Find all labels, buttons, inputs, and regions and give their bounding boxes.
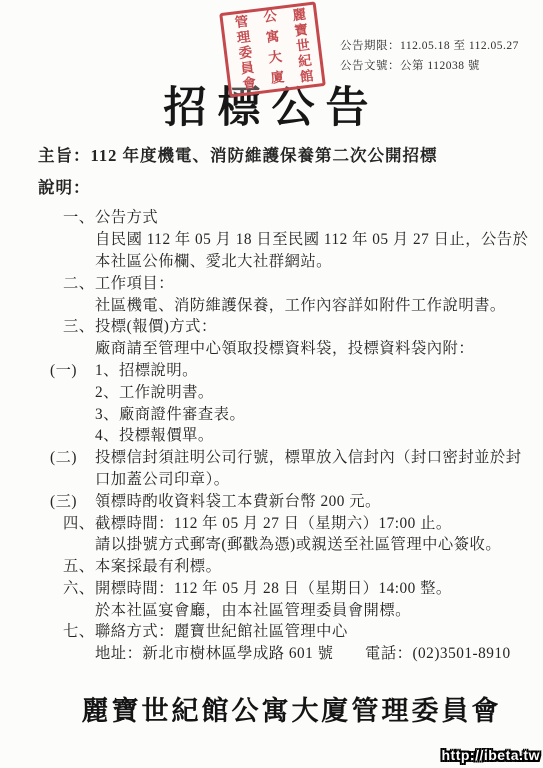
item-text: 廠商請至管理中心領取投標資料袋，投標資料袋內附： [95,336,474,358]
item-text: 社區機電、消防維護保養，工作內容詳如附件工作說明書。 [95,293,506,315]
item-text: 聯絡方式：麗寶世紀館社區管理中心 [95,619,348,641]
list-item: 自民國 112 年 05 月 18 日至民國 112 年 05 月 27 日止，… [0,227,543,249]
list-item: 本社區公佈欄、愛北大社群網站。 [0,249,543,271]
item-number: (二) [50,445,95,467]
item-text: 本社區公佈欄、愛北大社群網站。 [95,249,332,271]
stamp-column-2: 公寓大廈 [261,8,284,91]
item-text: 於本社區宴會廳，由本社區管理委員會開標。 [95,598,411,620]
item-text: 工作項目： [95,271,174,293]
item-text: 公告方式 [95,205,158,227]
list-item: 廠商請至管理中心領取投標資料袋，投標資料袋內附： [0,336,543,358]
list-item: 社區機電、消防維護保養，工作內容詳如附件工作說明書。 [0,293,543,315]
list-item: 3、廠商證件審查表。 [0,402,543,424]
item-text: 投標(報價)方式： [95,314,217,336]
item-number: 一、 [63,205,95,227]
header-meta: 公告期限：112.05.18 至 112.05.27 公告文號：公第 11203… [340,36,519,76]
item-text: 開標時間：112 年 05 月 28 日（星期日）14:00 整。 [95,576,452,598]
item-text: 地址：新北市樹林區學成路 601 號 電話：(02)3501-8910 [95,641,511,663]
list-item: 五、 本案採最有利標。 [0,554,543,576]
committee-seal-stamp: 麗寶世紀館 公寓大廈 管理委員會 [219,1,326,97]
item-number: 七、 [63,619,95,641]
list-item: 2、工作說明書。 [0,380,543,402]
description-label: 說明： [38,174,543,198]
list-item: 二、 工作項目： [0,271,543,293]
item-text: 領標時酌收資料袋工本費新台幣 200 元。 [95,489,381,511]
item-number: 三、 [63,314,95,336]
document-page: 麗寶世紀館 公寓大廈 管理委員會 公告期限：112.05.18 至 112.05… [0,0,543,768]
item-text: 4、投標報價單。 [95,423,214,445]
stamp-column-3: 管理委員會 [232,14,255,93]
item-number: 六、 [63,576,95,598]
list-item: 於本社區宴會廳，由本社區管理委員會開標。 [0,598,543,620]
list-item: 六、 開標時間：112 年 05 月 28 日（星期日）14:00 整。 [0,576,543,598]
announcement-doc-number: 公告文號：公第 112038 號 [340,56,519,76]
list-item: (二) 投標信封須註明公司行號，標單放入信封內（封口密封並於封 [0,445,543,467]
subject-line: 主旨：112 年度機電、消防維護保養第二次公開招標 [38,142,543,166]
list-item: 四、 截標時間：112 年 05 月 27 日（星期六）17:00 止。 [0,511,543,533]
item-text: 本案採最有利標。 [95,554,221,576]
list-item: (一) 1、招標說明。 [0,358,543,380]
list-item: 請以掛號方式郵寄(郵戳為憑)或親送至社區管理中心簽收。 [0,532,543,554]
list-item: 口加蓋公司印章）。 [0,467,543,489]
announcement-period: 公告期限：112.05.18 至 112.05.27 [340,36,519,56]
item-number: 二、 [63,271,95,293]
watermark-url: http://ibeta.tw [442,747,541,763]
item-text: 投標信封須註明公司行號，標單放入信封內（封口密封並於封 [95,445,522,467]
item-text: 2、工作說明書。 [95,380,214,402]
item-text: 1、招標說明。 [95,358,198,380]
list-item: 三、 投標(報價)方式： [0,314,543,336]
item-text: 自民國 112 年 05 月 18 日至民國 112 年 05 月 27 日止，… [95,227,528,249]
item-number: 四、 [63,511,95,533]
item-text: 請以掛號方式郵寄(郵戳為憑)或親送至社區管理中心簽收。 [95,532,501,554]
list-item: (三) 領標時酌收資料袋工本費新台幣 200 元。 [0,489,543,511]
item-text: 口加蓋公司印章）。 [95,467,230,489]
item-text: 3、廠商證件審查表。 [95,402,245,424]
stamp-column-1: 麗寶世紀館 [290,7,313,86]
item-text: 截標時間：112 年 05 月 27 日（星期六）17:00 止。 [95,511,452,533]
item-number: (三) [50,489,95,511]
announcement-body: 一、 公告方式 自民國 112 年 05 月 18 日至民國 112 年 05 … [0,205,543,663]
item-number: 五、 [63,554,95,576]
list-item: 七、 聯絡方式：麗寶世紀館社區管理中心 [0,620,543,642]
item-number: (一) [50,358,95,380]
list-item: 4、投標報價單。 [0,423,543,445]
committee-name-footer: 麗寶世紀館公寓大廈管理委員會 [0,689,543,728]
list-item: 地址：新北市樹林區學成路 601 號 電話：(02)3501-8910 [0,641,543,663]
list-item: 一、 公告方式 [0,205,543,227]
